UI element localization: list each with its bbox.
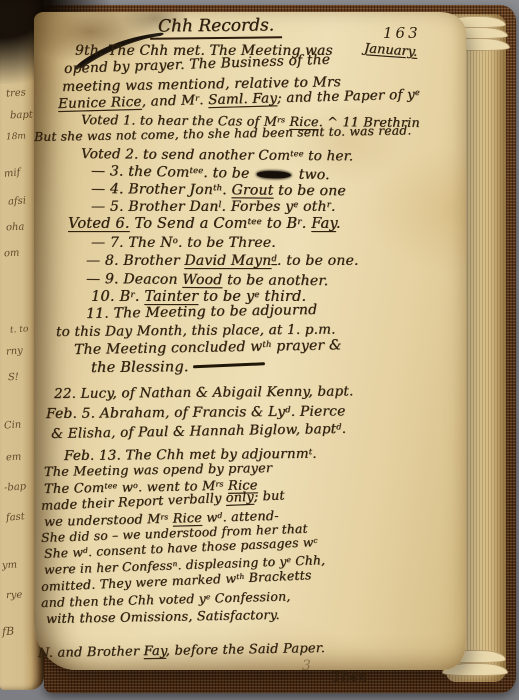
manuscript-line: The Meeting was opend by prayer [44,461,272,480]
left-page-text-fragment: fast [6,511,26,524]
text-segment: with those Omissions, Satisfactory. [46,608,280,627]
text-segment: . [341,421,346,437]
text-segment: . [135,289,145,305]
manuscript-line: Feb. 5. Abraham, of Francis & Lyd. Pierc… [46,403,346,422]
text-segment: only [225,490,254,506]
text-segment: . Forbes y [221,199,293,215]
text-segment: w [202,510,218,525]
text-segment: — 7. The N [91,235,173,251]
text-segment: rs [277,115,285,124]
text-segment: Then [332,669,367,685]
margin-note-month: January. [364,41,418,60]
text-segment: . [331,199,336,215]
text-segment: Confession, [210,588,290,605]
photo-of-manuscript: tresbapt18mmifafsiohaomt. tornyS!Cinem-b… [0,0,519,700]
text-segment: Voted 2. to send another Com [81,146,290,164]
manuscript-line: Feb. 13. The Chh met by adjournmt. [64,446,317,464]
text-segment: . [302,216,312,232]
left-page-text-fragment: em [6,452,22,464]
text-segment: The Com [44,481,105,497]
text-segment: c [313,536,318,545]
text-segment: to be one [273,183,346,200]
left-page-text-fragment: afsi [8,195,27,207]
text-segment: 11. The Meeting to be adjournd [86,302,317,322]
text-segment: . [336,216,341,232]
ink-flourish [193,362,265,368]
page-number: 163 [383,24,421,42]
manuscript-line: Voted 6. To Send a Comtee to Br. Fay. [68,216,341,232]
text-segment: — 3. the Com [91,163,190,181]
text-segment: prayer & [271,337,341,354]
text-segment: and then the Chh voted y [41,591,206,610]
manuscript-line: — 7. The No. to be Three. [91,235,276,251]
text-segment: Fay [311,216,336,232]
text-segment: rs [215,479,223,488]
text-segment: the Blessing. [91,359,194,376]
manuscript-line: — 4. Brother Jonth. Grout to be one [91,181,346,199]
text-segment: Voted 6. [68,216,130,232]
text-segment: tee [247,217,261,227]
left-page-text-fragment: t. to [10,324,29,335]
text-segment: To Send a Com [130,216,248,232]
manuscript-line: & Elisha, of Paul & Hannah Biglow, baptd… [51,421,346,442]
text-segment: to B [262,216,297,232]
text-segment: to her. [303,148,353,164]
left-page-text-fragment: oha [6,222,25,234]
text-segment: th [262,339,271,349]
text-segment: — 5. Brother Dan [91,199,219,215]
text-segment: w [117,480,133,495]
text-segment: . to be Three. [178,235,276,251]
text-segment: ; but [253,488,285,504]
manuscript-line: The Meeting concluded wth prayer & [74,337,342,358]
left-page-text-fragment: ym [2,560,18,572]
manuscript-line: — 9. Deacon Wood to be another. [86,271,328,289]
manuscript-line: — 3. the Comtee. to be two. [91,163,330,183]
left-page-text-fragment: 18m [6,131,26,142]
text-segment: e [415,87,420,97]
manuscript-line: with those Omissions, Satisfactory. [46,608,280,627]
manuscript-line: N. and Brother Fay, before the Said Pape… [38,641,325,661]
ink-blot [257,170,291,178]
text-segment: The Meeting was opend by prayer [44,461,272,480]
text-segment: . to be one. [277,253,359,269]
left-page-text-fragment: mif [3,167,20,180]
page-title: Chh Records. [150,15,282,39]
manuscript-line: the Blessing. [91,358,266,376]
text-segment: Grout [231,182,273,198]
text-segment: oth [298,199,326,215]
text-segment: Rice [173,511,203,527]
text-segment: th [213,182,222,192]
text-segment: . to be [203,165,254,182]
text-segment: Feb. 13. The Chh met by adjournm [64,446,309,464]
text-segment: . [312,446,317,462]
text-segment: Chh, [291,553,326,568]
left-page-text-fragment: S! [8,372,19,383]
left-page-text-fragment: om [4,248,20,260]
left-page-text-fragment: -bap [4,481,27,494]
text-segment: Feb. 5. Abraham, of Francis & Ly [46,404,285,422]
text-segment: Eunice Rice [58,94,142,112]
manuscript-line: 22. Lucy, of Nathan & Abigail Kenny, bap… [54,383,354,402]
text-segment: two. [294,167,330,184]
text-segment: — 8. Brother [86,253,184,269]
text-segment: David Mayn [184,253,271,269]
text-segment: — 9. Deacon [86,271,182,288]
text-segment: to be another. [222,272,328,289]
text-segment: Wood [182,272,222,288]
left-page-text-fragment: tres [6,87,27,99]
text-segment: tee [189,165,203,175]
text-segment: , and M [141,92,195,109]
text-segment: She w [44,545,84,561]
text-segment: 22. Lucy, of Nathan & Abigail Kenny, bap… [54,383,354,402]
manuscript-line: — 8. Brother David Maynd. to be one. [86,253,359,269]
text-segment: Tainter [144,289,198,305]
text-segment: tee [104,481,117,490]
left-page-text-fragment: rny [6,345,24,357]
signature-mark: 3 [302,658,311,674]
text-segment: 10. B [91,289,130,305]
text-segment: & Elisha, of Paul & Hannah Biglow, bapt [51,421,337,442]
text-segment: , before the Said Paper. [166,641,326,659]
manuscript-line: — 5. Brother Danl. Forbes ye othr. [91,199,336,215]
manuscript-line: Then [332,669,367,685]
text-segment: Bracketts [244,567,312,585]
text-segment: tee [290,148,304,158]
left-page-text-fragment: fB [2,625,15,639]
left-page-text-fragment: bapt [10,110,33,122]
text-segment: N. and Brother [38,644,144,661]
manuscript-line: 11. The Meeting to be adjournd [86,302,317,322]
left-page-text-fragment: Cin [4,419,22,431]
manuscript-page: Chh Records. 163 January. 9th. The Chh m… [34,12,466,670]
text-segment: ; and the Paper of y [277,87,415,107]
text-segment: . Pierce [291,403,346,419]
text-segment: Saml. Fay [208,90,277,108]
text-segment: — 4. Brother Jon [91,181,213,198]
manuscript-line: Voted 2. to send another Comtee to her. [81,146,353,164]
left-page-text-fragment: rye [6,590,23,602]
text-segment: The Meeting concluded w [74,339,263,358]
text-segment: Fay [143,644,165,659]
